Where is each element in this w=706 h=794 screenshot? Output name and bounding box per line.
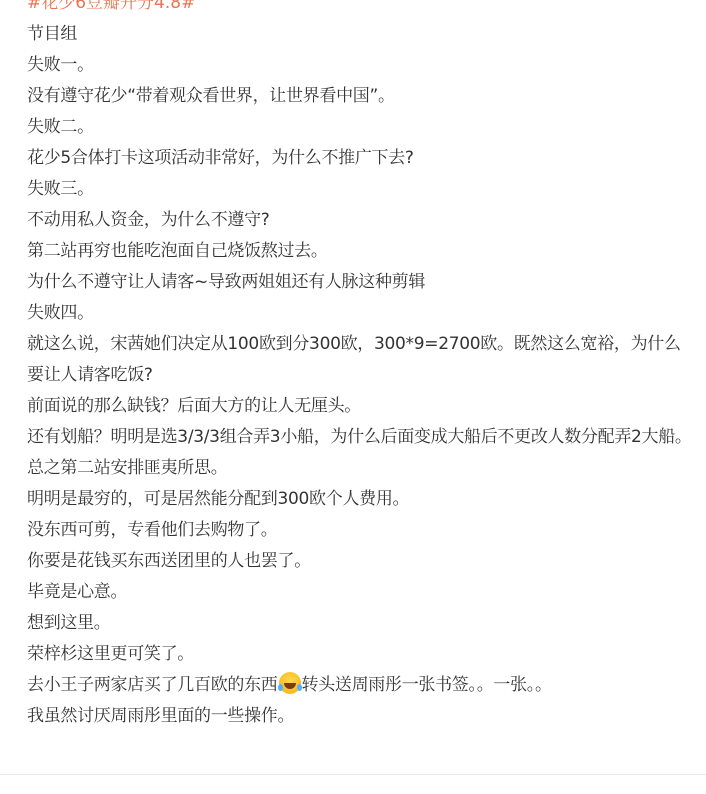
- text-line: 明明是最穷的，可是居然能分配到300欧个人费用。: [27, 484, 696, 515]
- text-line: 失败三。: [27, 174, 696, 205]
- text-line: 没有遵守花少“带着观众看世界，让世界看中国”。: [27, 81, 696, 112]
- weibo-post-body: #花少6豆瓣开分4.8# 节目组 失败一。 没有遵守花少“带着观众看世界，让世界…: [27, 0, 696, 732]
- text-line: 失败四。: [27, 298, 696, 329]
- text-line-with-emoji: 去小王子两家店买了几百欧的东西转头送周雨彤一张书签。。一张。。: [27, 670, 696, 701]
- text-line: 没东西可剪，专看他们去购物了。: [27, 515, 696, 546]
- text-line: 第二站再穷也能吃泡面自己烧饭熬过去。: [27, 236, 696, 267]
- text-segment: 去小王子两家店买了几百欧的东西: [27, 675, 278, 695]
- text-line: 想到这里。: [27, 608, 696, 639]
- text-line: 你要是花钱买东西送团里的人也罢了。: [27, 546, 696, 577]
- text-line: 为什么不遵守让人请客~导致两姐姐还有人脉这种剪辑: [27, 267, 696, 298]
- text-line: 我虽然讨厌周雨彤里面的一些操作。: [27, 701, 696, 732]
- text-line: 毕竟是心意。: [27, 577, 696, 608]
- text-line: 花少5合体打卡这项活动非常好，为什么不推广下去?: [27, 143, 696, 174]
- text-segment: 转头送周雨彤一张书签。。一张。。: [302, 675, 552, 695]
- text-line: 节目组: [27, 19, 696, 50]
- text-line: 还有划船？明明是选3/3/3组合弄3小船，为什么后面变成大船后不更改人数分配弄2…: [27, 422, 692, 453]
- laugh-cry-emoji-icon: [279, 672, 301, 694]
- text-line: 荣梓杉这里更可笑了。: [27, 639, 696, 670]
- text-line: 失败二。: [27, 112, 696, 143]
- text-line: 不动用私人资金，为什么不遵守?: [27, 205, 696, 236]
- text-line: 总之第二站安排匪夷所思。: [27, 453, 696, 484]
- text-line: 前面说的那么缺钱？后面大方的让人无厘头。: [27, 391, 696, 422]
- hashtag-link[interactable]: #花少6豆瓣开分4.8#: [27, 0, 696, 19]
- divider: [0, 774, 706, 775]
- text-line: 失败一。: [27, 50, 696, 81]
- text-line: 就这么说，宋茜她们决定从100欧到分300欧，300*9=2700欧。既然这么宽…: [27, 329, 692, 391]
